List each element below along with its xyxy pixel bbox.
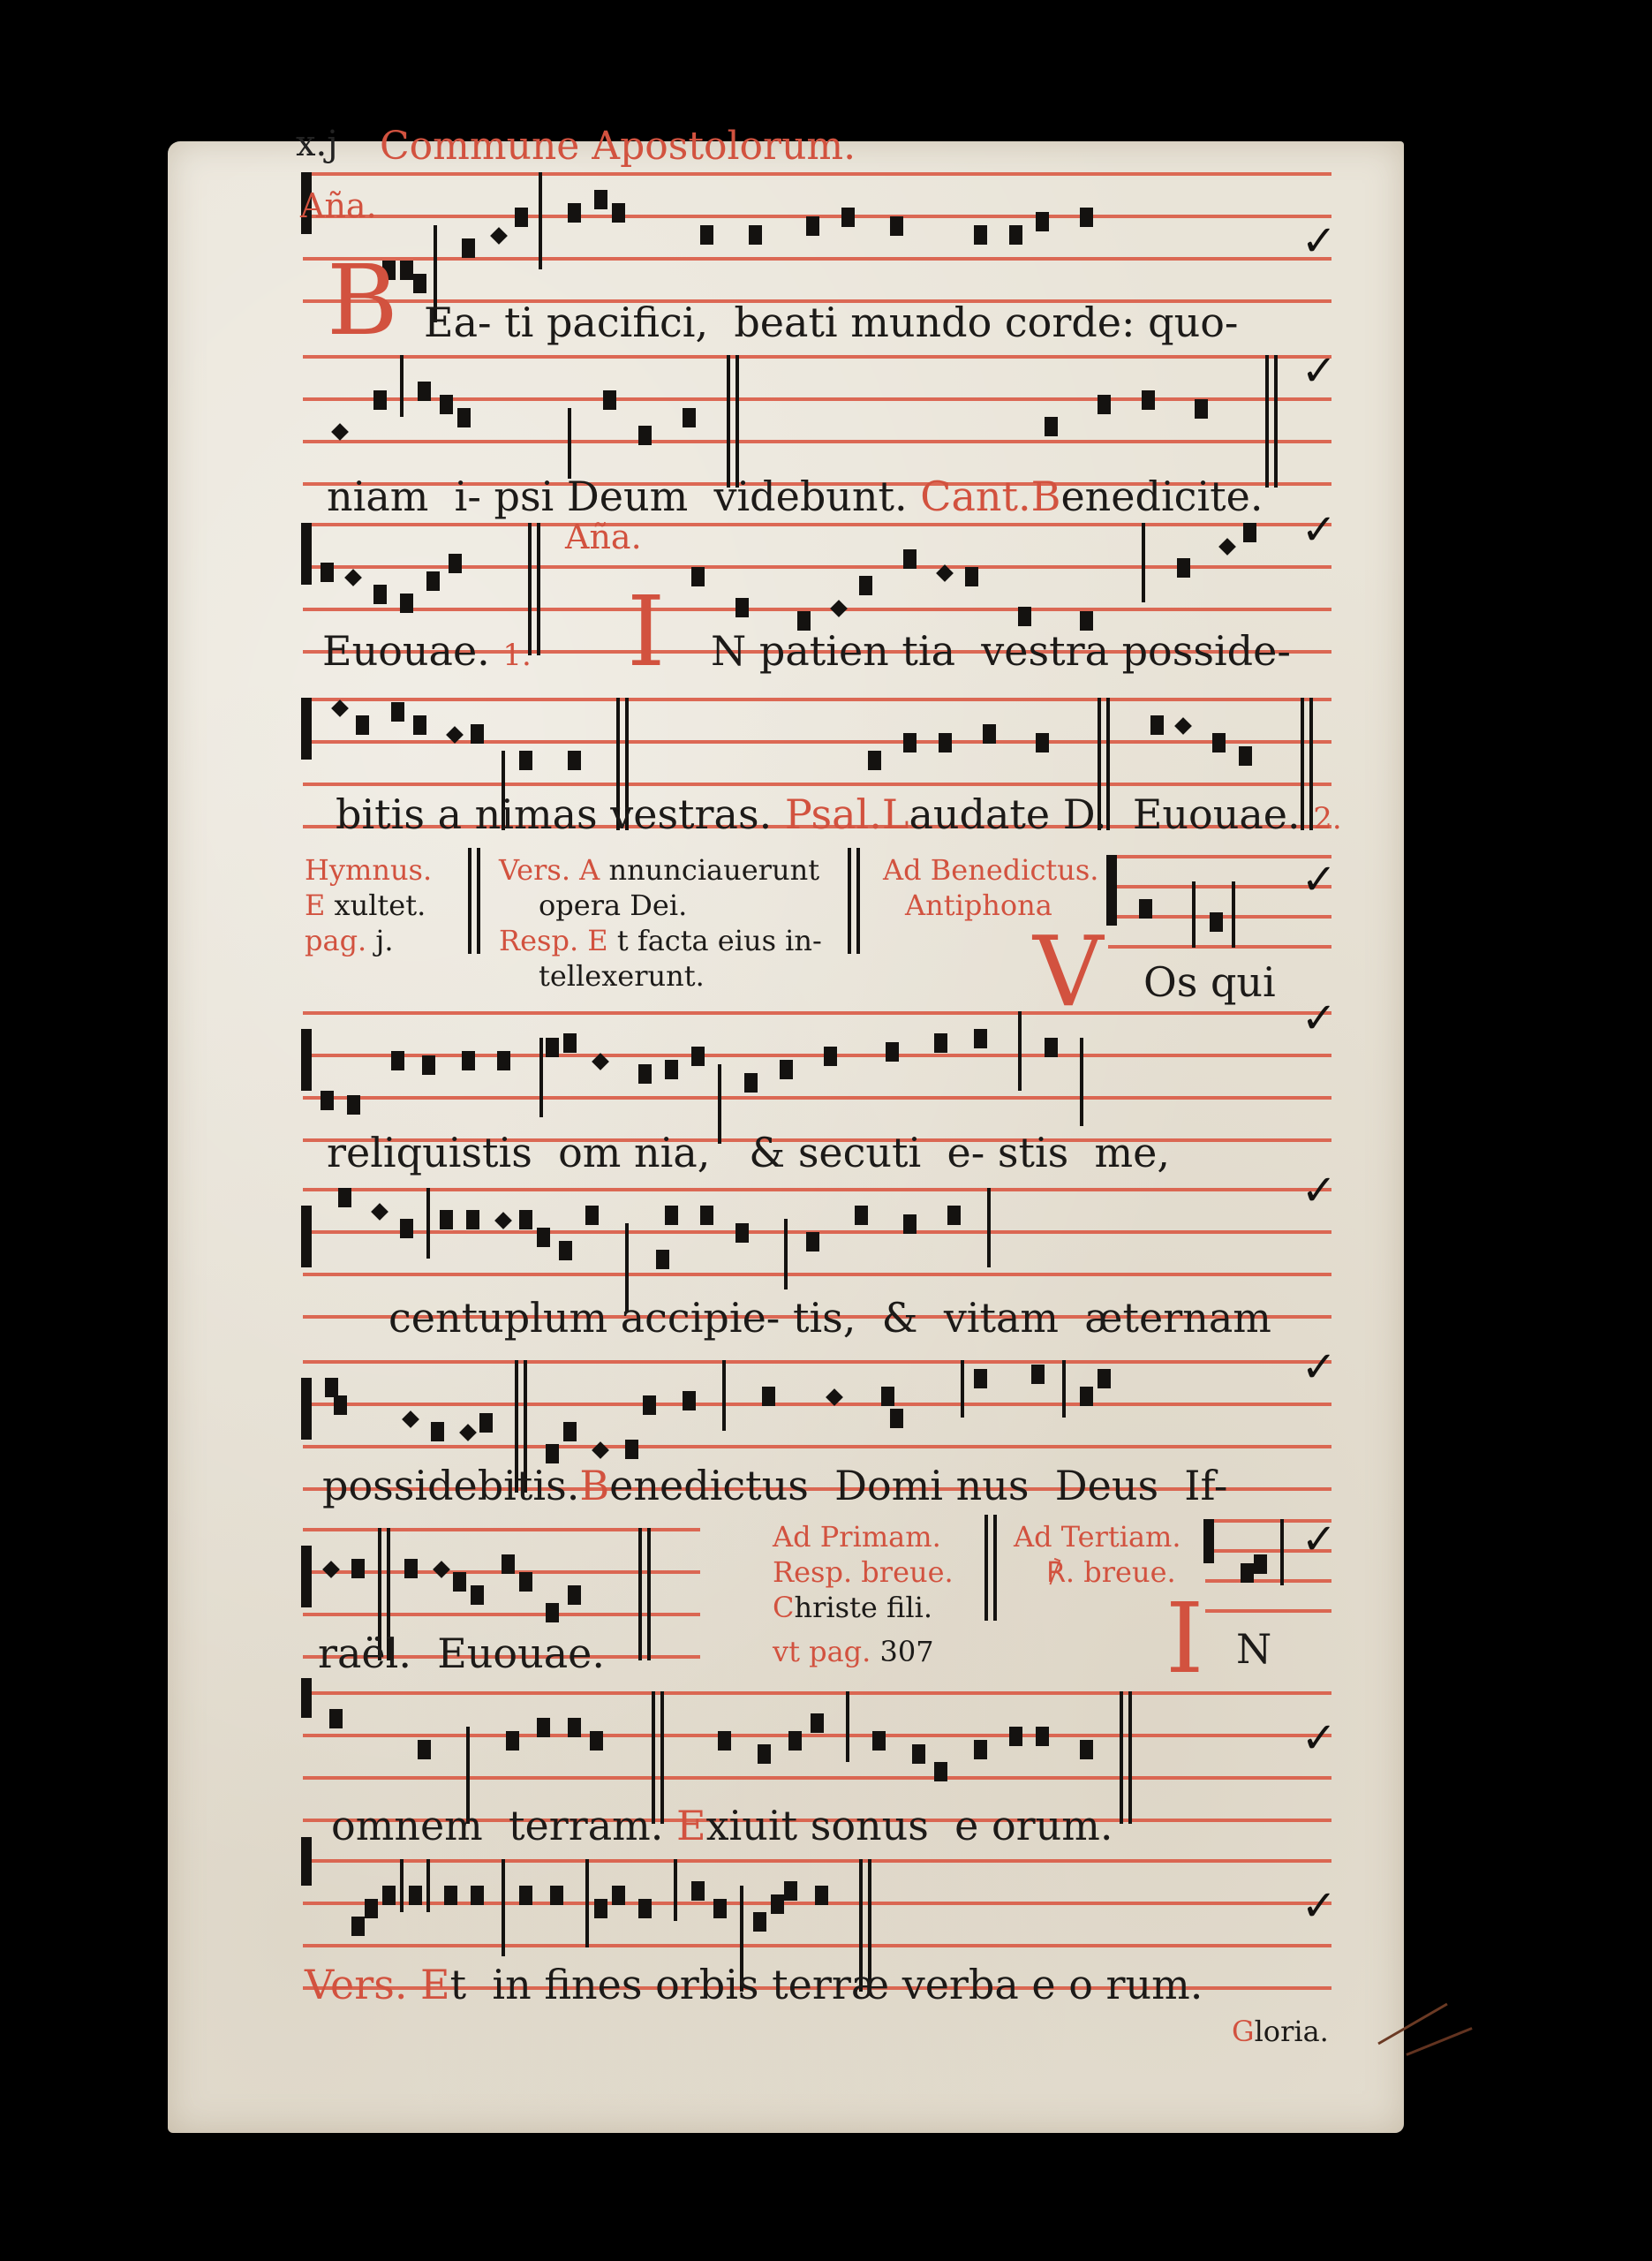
lyric-n: N [1236, 1625, 1271, 1673]
responsum-line: Resp. E t facta eius in- [499, 923, 822, 958]
hymnus-page: pag. j. [305, 923, 393, 958]
initial-V: V [1033, 923, 1103, 1020]
separator [477, 848, 480, 954]
lyric-line-7: possidebitis.Benedictus Domi nus Deus If… [322, 1462, 1227, 1509]
hymnus-title: Hymnus. [305, 852, 432, 888]
rubric-antiphona-2: Aña. [565, 517, 642, 559]
lyric-os-qui: Os qui [1143, 958, 1276, 1006]
rubric-antiphona: Aña. [300, 185, 377, 228]
separator [984, 1515, 988, 1621]
lyric-line-3: Euouae. 1. [322, 627, 532, 675]
lyric-line-3b: N patien tia vestra posside- [711, 627, 1291, 675]
initial-B: B [327, 252, 398, 349]
gloria-cue: Gloria. [1232, 2014, 1329, 2049]
christe-fili: Christe fili. [773, 1590, 932, 1625]
lyric-line-1: Ea- ti pacifici, beati mundo corde: quo- [424, 299, 1238, 346]
staff-5: ✓ [303, 1011, 1331, 1144]
r-breue: ℟. breue. [1046, 1554, 1176, 1590]
lyric-line-5: reliquistis om nia, & secuti e- stis me, [327, 1129, 1170, 1176]
ink-stroke [1406, 2027, 1472, 2056]
lyric-line-9: omnem terram. Exiuit sonus e orum. [331, 1802, 1113, 1849]
separator [848, 848, 851, 954]
antiphona-label: Antiphona [905, 888, 1052, 923]
staff-2: ✓ [303, 355, 1331, 488]
lyric-line-6: centuplum accipie- tis, & vitam æternam [388, 1294, 1271, 1342]
folio-number: x.j [296, 124, 338, 164]
responsum-line-2: tellexerunt. [539, 958, 705, 994]
ad-tertiam: Ad Tertiam. [1014, 1519, 1181, 1554]
running-head: Commune Apostolorum. [380, 124, 856, 169]
versus-line-2: opera Dei. [539, 888, 687, 923]
lyric-line-10: Vers. Et in fines orbis terræ verba e o … [305, 1961, 1203, 2008]
staff-tertiam: ✓ [1205, 1519, 1331, 1616]
ad-benedictus: Ad Benedictus. [883, 852, 1098, 888]
ad-primam: Ad Primam. [773, 1519, 941, 1554]
lyric-line-8: raël. Euouae. [318, 1630, 605, 1677]
resp-breue: Resp. breue. [773, 1554, 954, 1590]
staff-1: ✓ [303, 172, 1331, 305]
versus-line: Vers. A nnunciauerunt [499, 852, 819, 888]
separator [856, 848, 860, 954]
initial-I-tertiam: I [1165, 1590, 1203, 1687]
lyric-line-2: niam i- psi Deum videbunt. Cant.Benedici… [327, 473, 1264, 520]
separator [993, 1515, 997, 1621]
separator [468, 848, 471, 954]
staff-benedictus: ✓ [1108, 855, 1331, 952]
lyric-line-4: bitis a nimas vestras. Psal.Laudate D. E… [336, 790, 1342, 838]
initial-I: I [627, 583, 665, 680]
page-reference: vt pag. 307 [773, 1634, 934, 1669]
hymnus-incipit: E xultet. [305, 888, 426, 923]
